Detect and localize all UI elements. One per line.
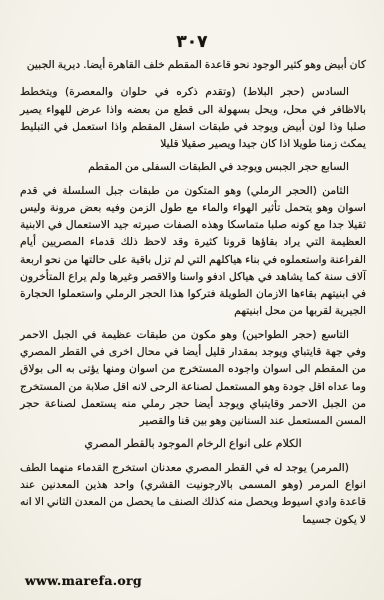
scanned-book-page: ٣٠٧ كان أبيض وهو كثير الوجود نحو قاعدة ا… xyxy=(0,0,384,600)
paragraph-continuation: كان أبيض وهو كثير الوجود نحو قاعدة المقط… xyxy=(20,56,366,73)
section-heading-marble-types: الكلام على انواع الرخام الموجود بالقطر ا… xyxy=(20,435,366,453)
watermark-marefa-url: www.marefa.org xyxy=(25,573,142,588)
page-body-text: كان أبيض وهو كثير الوجود نحو قاعدة المقط… xyxy=(0,52,384,528)
paragraph-seventh-gypsum-stone: السابع حجر الجبس ويوجد في الطبقات السفلى… xyxy=(20,158,366,175)
paragraph-ninth-millstone: التاسع (حجر الطواحين) وهو مكون من طبقات … xyxy=(20,326,366,430)
page-number: ٣٠٧ xyxy=(0,0,384,52)
paragraph-eighth-sandstone: الثامن (الحجر الرملي) وهو المتكون من طبق… xyxy=(20,182,366,320)
paragraph-marble-alabaster: (المرمر) يوجد له في القطر المصري معدنان … xyxy=(20,459,366,528)
paragraph-sixth-tile-stone: السادس (حجر البلاط) (وتقدم ذكره في حلوان… xyxy=(20,83,366,152)
